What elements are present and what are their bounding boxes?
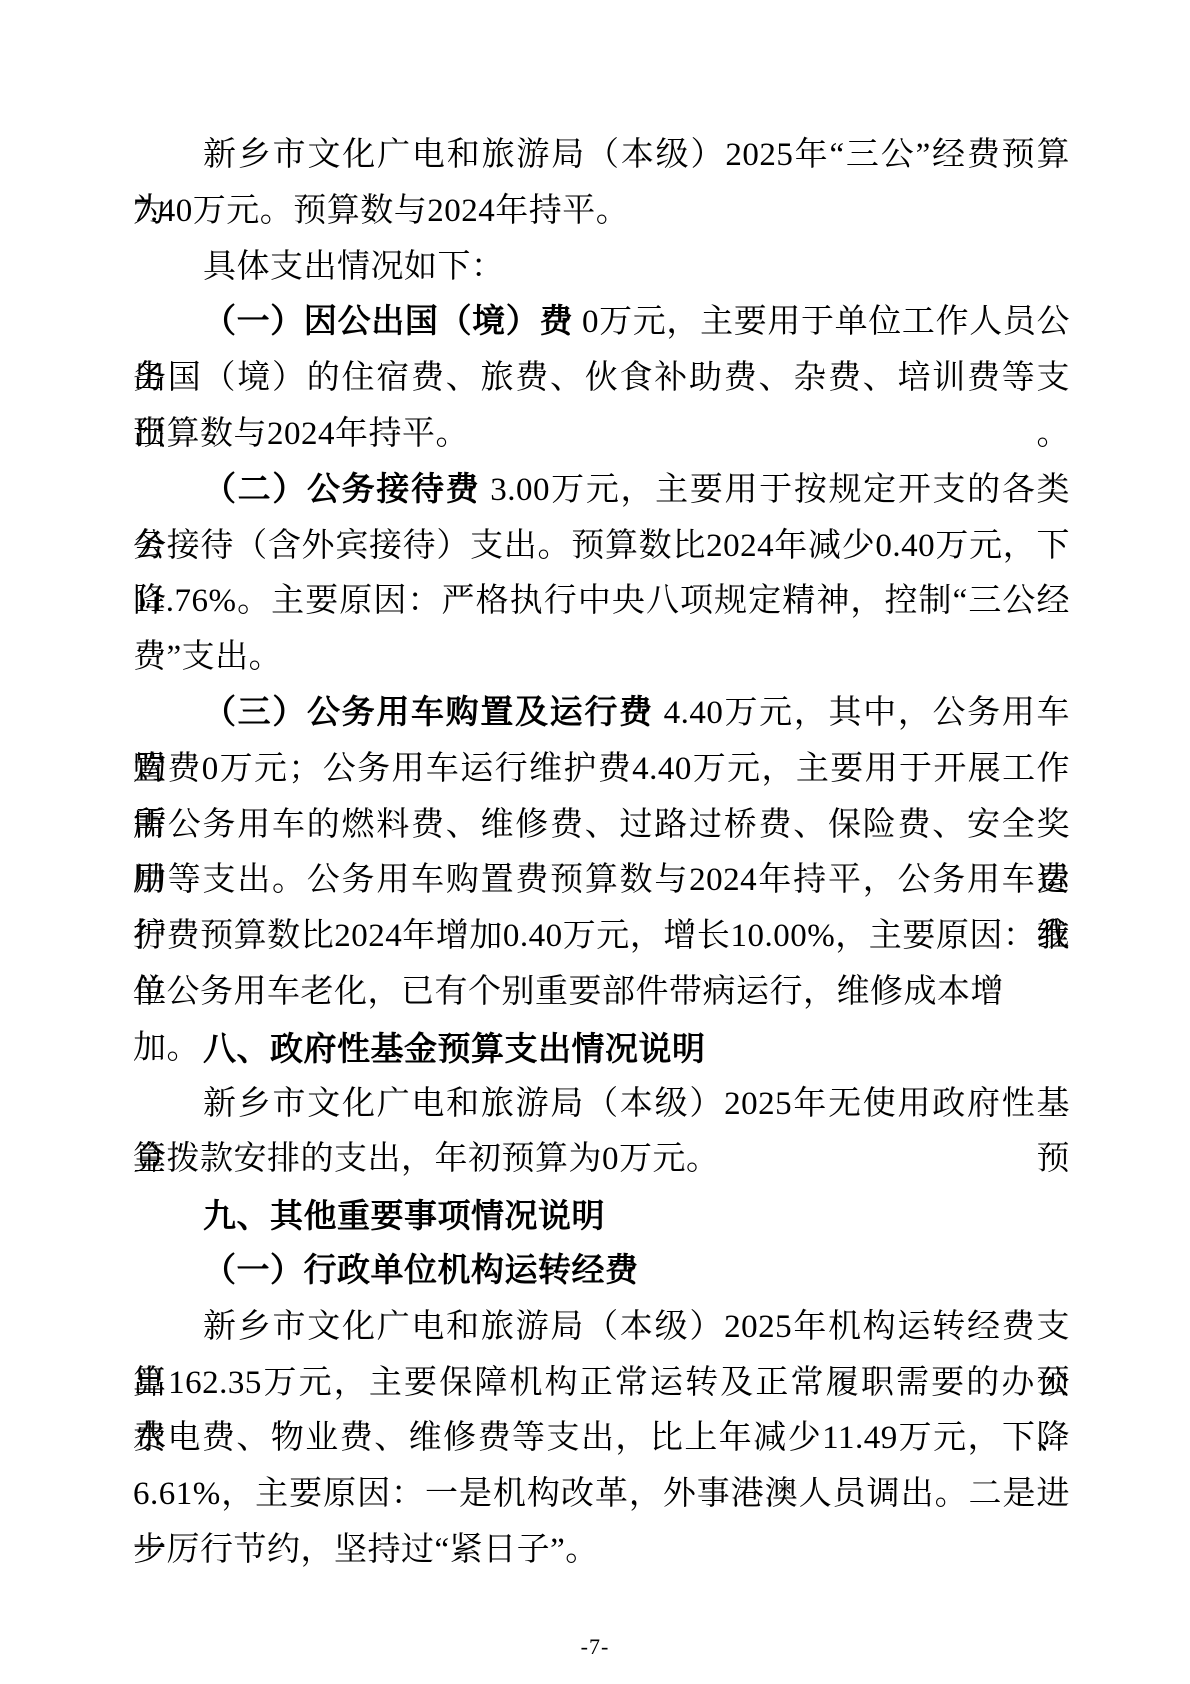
text-line: （三）公务用车购置及运行费 4.40万元，其中，公务用车购: [133, 686, 1070, 742]
text-line: 步厉行节约，坚持过“紧日子”。: [133, 1523, 1070, 1579]
run-text: 具体支出情况如下：: [203, 249, 505, 285]
run-text: 算拨款安排的支出，年初预算为0万元。: [133, 1141, 720, 1177]
text-line: 置费0万元；公务用车运行维护费4.40万元，主要用于开展工作所: [133, 742, 1070, 798]
text-line: 费”支出。: [133, 630, 1070, 686]
text-line: 出国（境）的住宿费、旅费、伙食补助费、杂费、培训费等支出。: [133, 351, 1070, 407]
run-text: 11.76%。主要原因：严格执行中央八项规定精神，控制“三公经: [133, 583, 1070, 619]
text-line: 需公务用车的燃料费、维修费、过路过桥费、保险费、安全奖励费: [133, 798, 1070, 854]
text-line: 用等支出。公务用车购置费预算数与2024年持平，公务用车运行维: [133, 853, 1070, 909]
document-page: 新乡市文化广电和旅游局（本级）2025年“三公”经费预算为 7.40万元。预算数…: [0, 0, 1190, 1684]
text-line: 位公务用车老化，已有个别重要部件带病运行，维修成本增加。: [133, 965, 1070, 1021]
text-line: 新乡市文化广电和旅游局（本级）2025年无使用政府性基金预: [133, 1077, 1070, 1133]
run-text: 步厉行节约，坚持过“紧日子”。: [133, 1532, 599, 1568]
subsection-heading: （一）行政单位机构运转经费: [133, 1244, 1070, 1300]
heading-text: （一）行政单位机构运转经费: [203, 1253, 639, 1289]
text-line: 务接待（含外宾接待）支出。预算数比2024年减少0.40万元，下降: [133, 519, 1070, 575]
text-line: （一）因公出国（境）费 0万元，主要用于单位工作人员公务: [133, 295, 1070, 351]
text-line: 算162.35万元，主要保障机构正常运转及正常履职需要的办公费、: [133, 1356, 1070, 1412]
text-line: 6.61%，主要原因：一是机构改革，外事港澳人员调出。二是进一: [133, 1467, 1070, 1523]
text-line: （二）公务接待费 3.00万元，主要用于按规定开支的各类公: [133, 463, 1070, 519]
heading-text: 九、其他重要事项情况说明: [203, 1197, 605, 1234]
run-text: 水电费、物业费、维修费等支出，比上年减少11.49万元，下降: [133, 1420, 1070, 1456]
subsection-title: （一）因公出国（境）费: [203, 304, 573, 340]
subsection-title: （二）公务接待费: [203, 472, 480, 508]
subsection-title: （三）公务用车购置及运行费: [203, 695, 654, 731]
text-line: 具体支出情况如下：: [133, 240, 1070, 296]
run-text: 7.40万元。预算数与2024年持平。: [133, 193, 629, 229]
text-line: 护费预算数比2024年增加0.40万元，增长10.00%，主要原因：我单: [133, 909, 1070, 965]
text-line: 新乡市文化广电和旅游局（本级）2025年“三公”经费预算为: [133, 128, 1070, 184]
heading-text: 八、政府性基金预算支出情况说明: [203, 1030, 706, 1067]
section-heading-9: 九、其他重要事项情况说明: [133, 1188, 1070, 1244]
text-line: 11.76%。主要原因：严格执行中央八项规定精神，控制“三公经: [133, 574, 1070, 630]
run-text: 费”支出。: [133, 639, 282, 675]
section-heading-8: 八、政府性基金预算支出情况说明: [133, 1021, 1070, 1077]
page-number: -7-: [0, 1634, 1190, 1660]
document-body: 新乡市文化广电和旅游局（本级）2025年“三公”经费预算为 7.40万元。预算数…: [133, 128, 1070, 1579]
run-text: 预算数与2024年持平。: [133, 416, 469, 452]
text-line: 7.40万元。预算数与2024年持平。: [133, 184, 1070, 240]
text-line: 水电费、物业费、维修费等支出，比上年减少11.49万元，下降: [133, 1411, 1070, 1467]
text-line: 新乡市文化广电和旅游局（本级）2025年机构运转经费支出预: [133, 1300, 1070, 1356]
